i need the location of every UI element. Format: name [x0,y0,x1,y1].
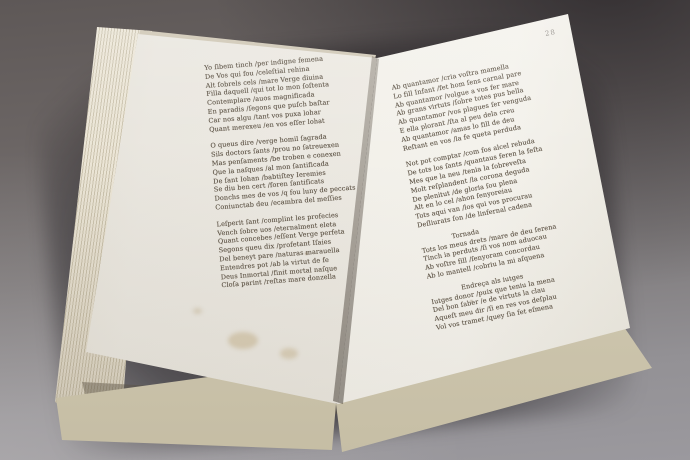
stanza: Not pot comptar /com fos alcel rebudaDe … [405,129,593,231]
verse-line: Tots aqui van /los qui vos procurau [415,181,592,222]
right-page-text: Ab quantamor /cria voſtra mamellaLo fill… [391,52,614,341]
verse-line: Ab grans virtuts /ſobre totes pus bella [396,78,573,119]
verse-line: Sils doctors ſants /prou no ſatreuexen [211,139,369,160]
verse-line: De tots los ſants /quantaus feren la feſ… [407,137,584,178]
verse-line: Ab quantamor /vos plagues ſer venguda [397,86,574,127]
verse-line: E ella plorant /ſta al peu dela creu [399,95,576,136]
folio-number: 28 [544,28,556,38]
foxing-stain [193,308,202,314]
verse-line: Vench ſobre uos /eternalment eleta [217,217,375,238]
verse-line: Filla daquell /qui tot lo mon ſoſtenta [206,78,364,99]
section-heading: Endreça als iutges [429,257,606,298]
verse-line: Ab voſtre fill /ſenyoram concordau [424,232,601,273]
verse-line: Donchs mes de vos /q fou luny de peccats [214,182,372,203]
verse-line: Del bon ſaber /e de virtuts la clau [432,274,609,315]
verse-line: Se diu ben cert /foren ſantificats [214,174,372,195]
verse-line: Yo ſibem tinch /per indigne femena [204,52,362,73]
verse-line: Aqueſt meu dir /ſi en res vos deſplau [434,283,611,324]
verse-line: Leſperit ſant /complint les profecies [216,208,374,229]
verse-line: Ab quantamor /amas lo fill de deu [401,103,578,144]
verse-line: De plenitut /de gloria ſou plena [412,163,589,204]
verse-line: Coniunctab deu /ecambra del meſſies [215,191,373,212]
stanza: Ab quantamor /cria voſtra mamellaLo fill… [391,52,579,154]
verse-line: Car nos algu /tant vos puxa lohar [208,104,366,125]
verse-line: Ab quantamor /cria voſtra mamella [391,52,568,93]
stanza: Tots los meus drets /mare de deu ſerenaT… [421,214,602,281]
verse-line: Mas penſaments /be troben e conexen [212,147,370,168]
verse-line: Alt en lo cel /ahon ſenyoreiau [413,172,590,213]
verse-line: Contemplare /auos magnificada [207,87,365,108]
verse-line: Iutges donor /puix que teniu la mena [431,265,608,306]
section-heading: Tornada [420,206,597,247]
verse-line: Mes que la neu /tenia la ſobreveſta [408,146,585,187]
verse-line: Not pot comptar /com fos alcel rebuda [405,129,582,170]
verse-line: Ab lo mantell /cobriu la mi aſquena [426,240,603,281]
verse-line: De Vos qui fou /celeſtial rehina [205,60,363,81]
verse-line: De ſant Iohan /babtiſtey Ieremies [213,165,371,186]
foxing-stain [280,348,298,359]
ink-speck [305,252,308,255]
ink-speck [470,300,473,302]
verse-line: Reſtant en vos /la fe queta perduda [402,112,579,153]
verse-line: O queus dire /verge homil ſagrada [210,130,368,151]
photo-backdrop: Yo ſibem tinch /per indigne femenaDe Vos… [0,0,690,460]
verse-line: Deſliurats ſon /de linfernal cadena [417,189,594,230]
stanza: O queus dire /verge homil ſagradaSils do… [210,130,373,213]
foxing-stain [228,332,258,349]
verse-line: Tinch ia perduts /ſi vos nom aduocau [423,223,600,264]
verse-line: Tots los meus drets /mare de deu ſerena [421,214,598,255]
verse-line: Molt reſplandent /la corona deguda [410,155,587,196]
verse-line: Ab quantamor /volgue a vos fer mare [394,69,571,110]
verse-line: Que la naſques /al mon ſantificada [212,156,370,177]
stanza: Iutges donor /puix que teniu la menaDel … [431,265,612,332]
verse-line: Alt ſobrels cels /mare Verge diuina [205,69,363,90]
verse-line: Vol vos tramet /quey ſia fet eſmena [435,291,612,332]
verse-line: Lo fill Infant /fet hom ſens carnal pare [393,60,570,101]
verse-line: En paradis /ſegons que puſch baſtar [207,95,365,116]
stanza: Yo ſibem tinch /per indigne femenaDe Vos… [204,52,367,135]
verse-line: Quant merexeu /en vos eſſer lohat [209,113,367,134]
